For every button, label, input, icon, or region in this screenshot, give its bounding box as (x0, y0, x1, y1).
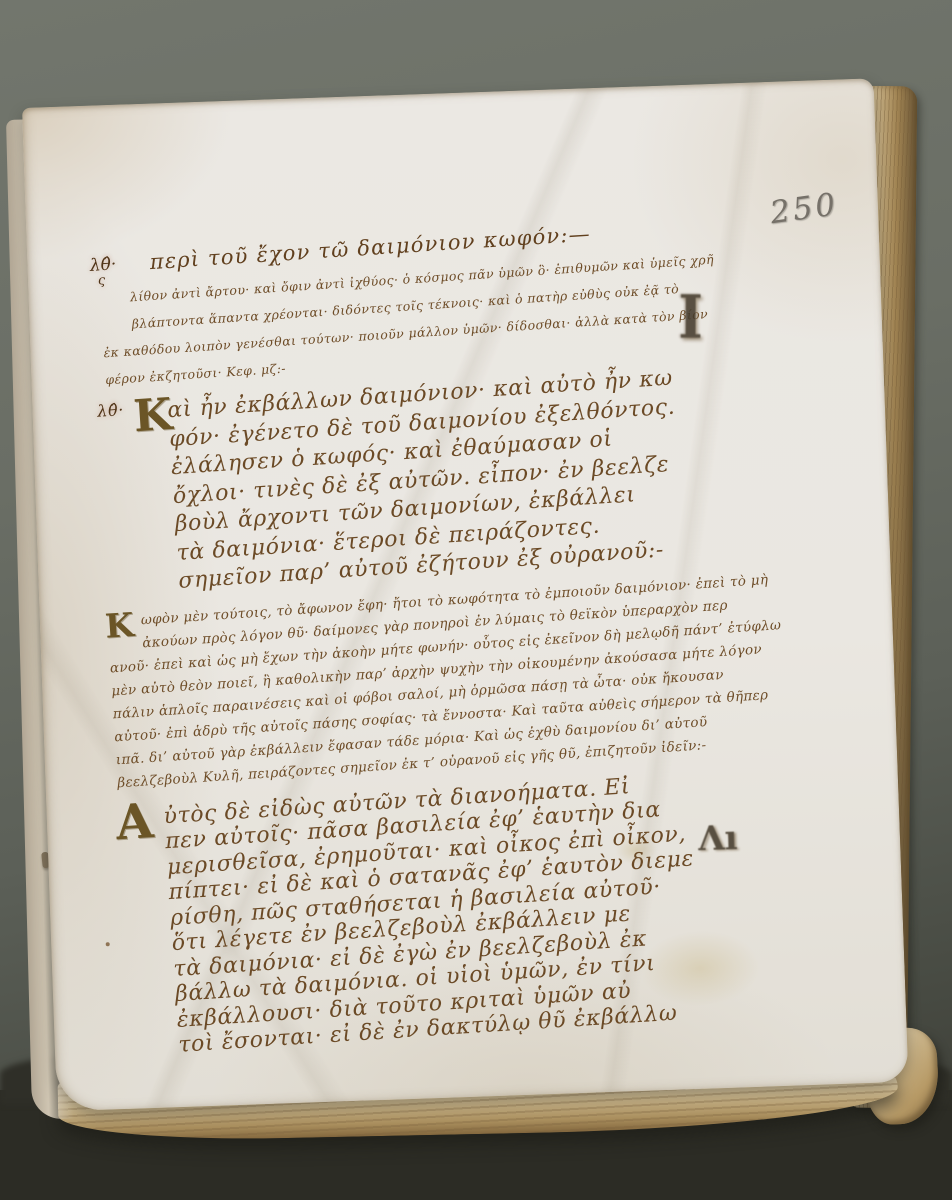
chapter-number-margin: λθ̂· (97, 400, 125, 421)
chapter-number-margin: λθ̂· ς (89, 254, 117, 289)
text-block: λθ̂· ς περὶ τοῦ ἔχον τῶ δαιμόνιον κωφόν:… (97, 212, 794, 1151)
commentary-lines: ωφὸν μὲν τούτοις, τὸ ἄφωνον ἔφη· ἤτοι τὸ… (106, 569, 771, 795)
passage-lines: αὶ ἦν ἐκβάλλων δαιμόνιον· καὶ αὐτὸ ἦν κω… (107, 360, 759, 600)
initial-letter-alpha: Α (115, 801, 155, 843)
gospel-passage-1: λθ̂· Κ αὶ ἦν ἐκβάλλων δαιμόνιον· καὶ αὐτ… (107, 360, 759, 600)
initial-letter-kappa: Κ (132, 395, 173, 437)
initial-letter-kappa: Κ (104, 609, 135, 641)
manuscript-page: 250 λθ̂· ς περὶ τοῦ ἔχον τῶ δαιμόνιον κω… (22, 78, 909, 1111)
passage-lines: ὐτὸς δὲ εἰδὼς αὐτῶν τὰ διανοήματα. Εἰπεν… (121, 765, 788, 1062)
margin-dot (106, 942, 110, 946)
ink-blot-ornament: I (678, 283, 703, 353)
ink-stamp-ornament: Λı (698, 818, 738, 859)
commentary-paragraph: Κ ωφὸν μὲν τούτοις, τὸ ἄφωνον ἔφη· ἤτοι … (106, 569, 771, 795)
folio-number-pencil: 250 (768, 186, 841, 231)
gospel-passage-2: Α ὐτὸς δὲ εἰδὼς αὐτῶν τὰ διανοήματα. Εἰπ… (121, 765, 788, 1062)
